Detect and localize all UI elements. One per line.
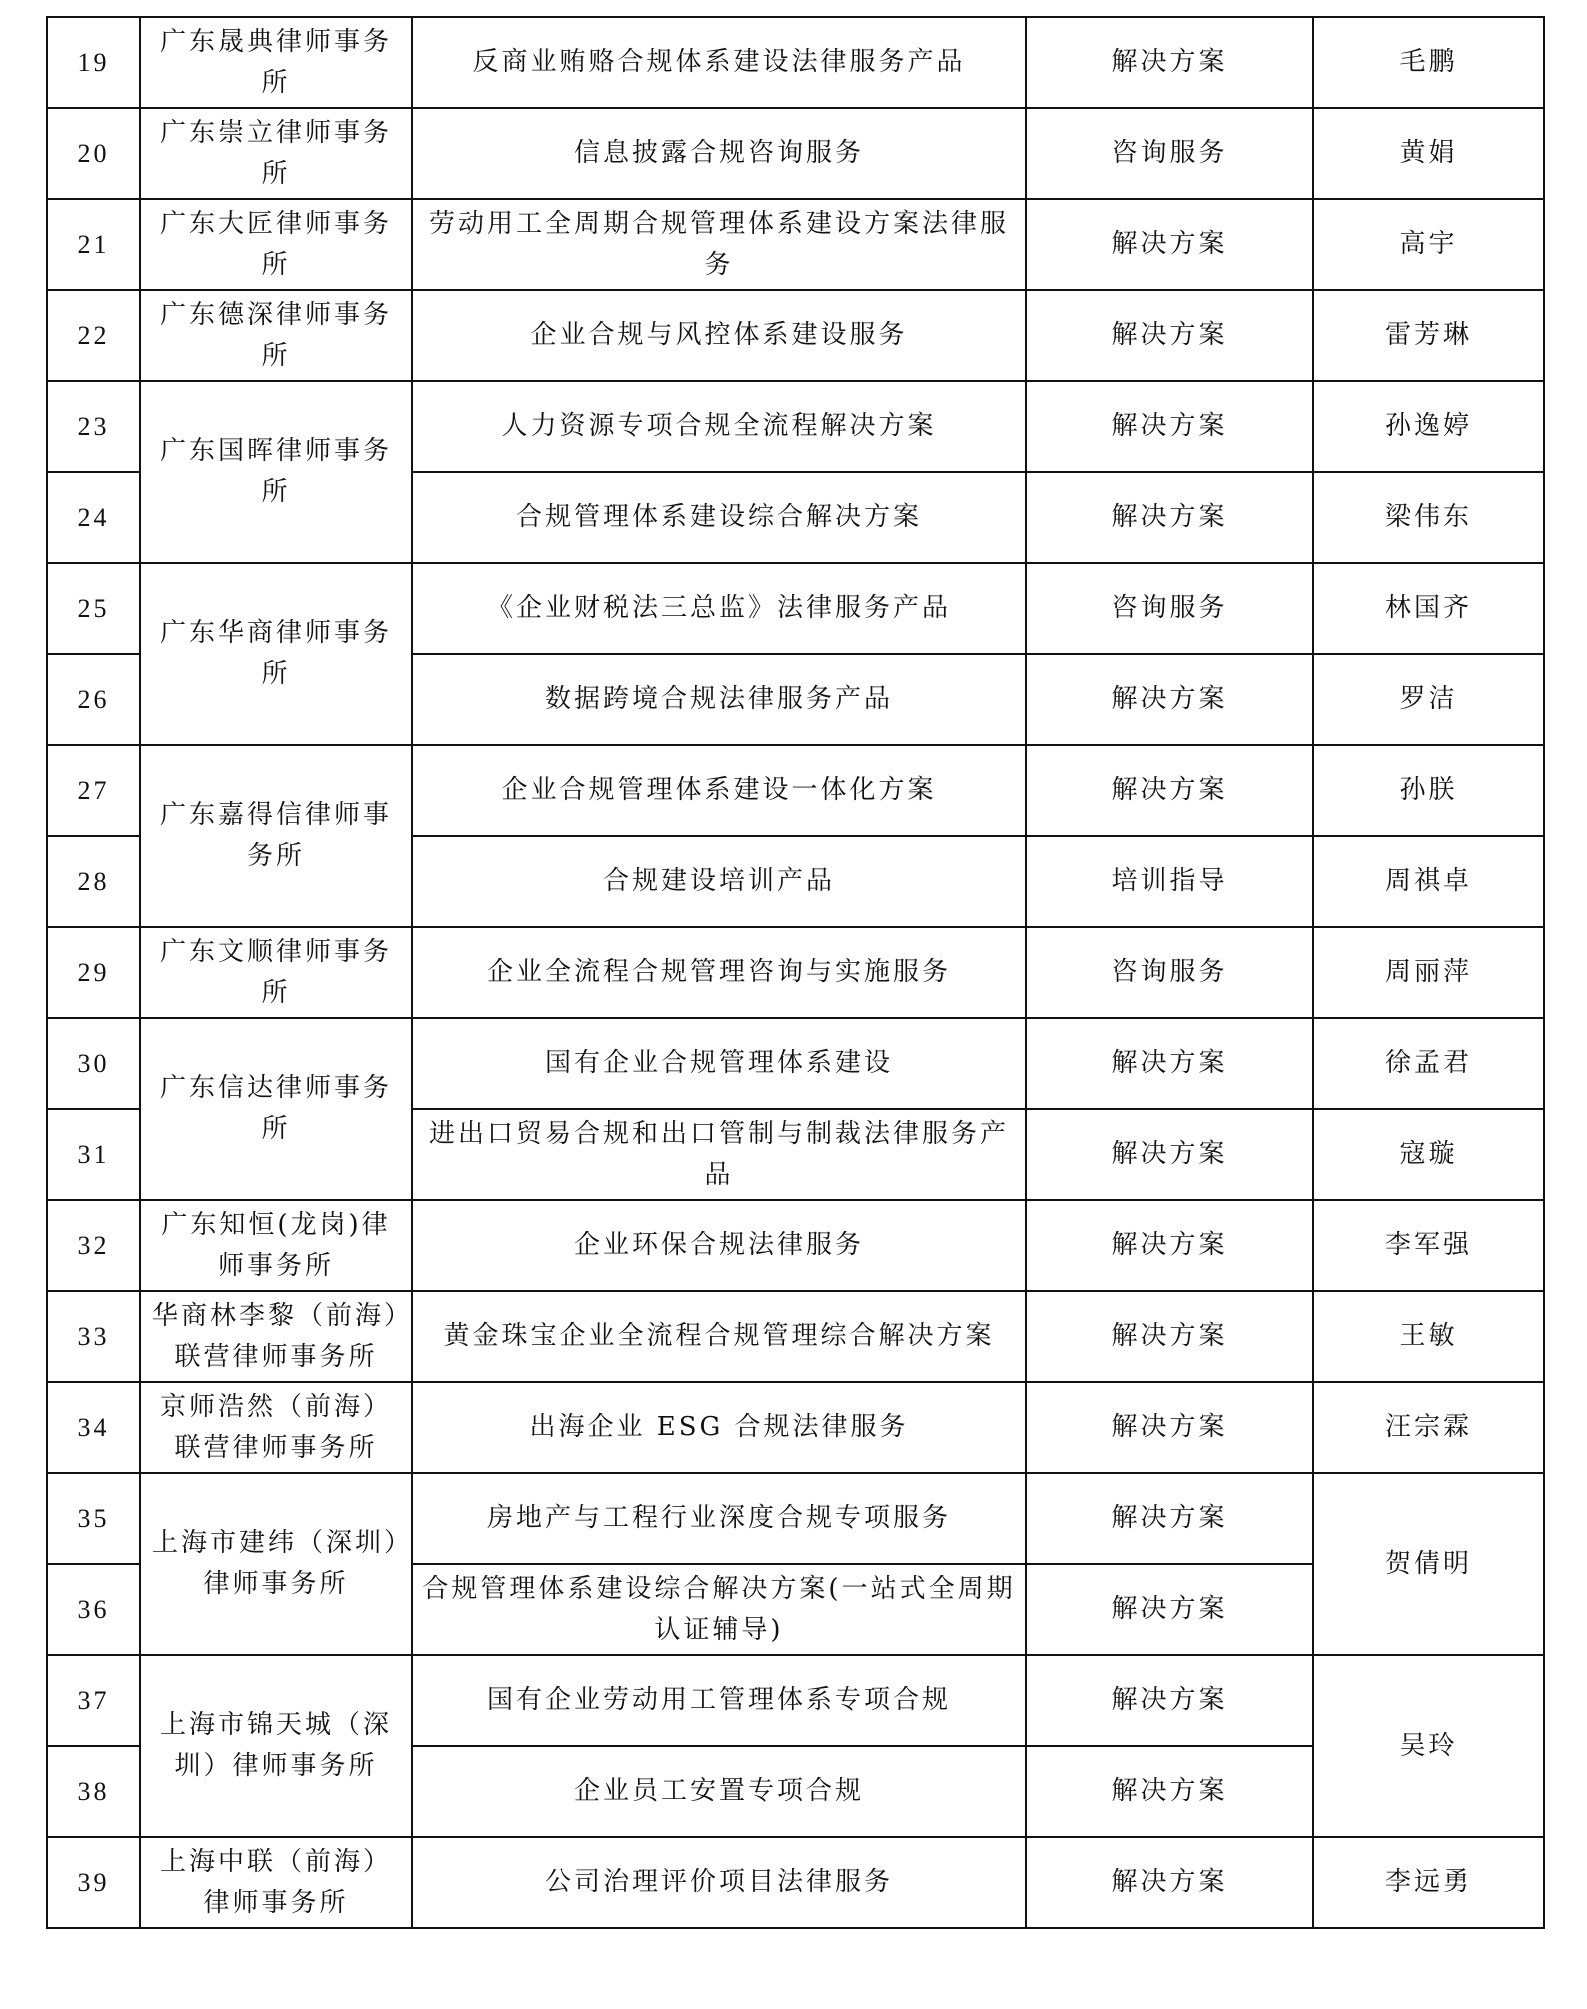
product-type: 解决方案 — [1026, 17, 1313, 108]
table-row: 32 广东知恒(龙岗)律师事务所 企业环保合规法律服务 解决方案 李军强 — [47, 1200, 1544, 1291]
contact-person: 林国齐 — [1313, 563, 1544, 654]
row-number: 39 — [47, 1837, 140, 1928]
contact-person: 贺倩明 — [1313, 1473, 1544, 1655]
firm-name: 广东晟典律师事务所 — [140, 17, 412, 108]
table-row: 21 广东大匠律师事务所 劳动用工全周期合规管理体系建设方案法律服务 解决方案 … — [47, 199, 1544, 290]
product-type: 解决方案 — [1026, 1564, 1313, 1655]
contact-person: 李军强 — [1313, 1200, 1544, 1291]
product-type: 解决方案 — [1026, 1473, 1313, 1564]
row-number: 29 — [47, 927, 140, 1018]
product-type: 解决方案 — [1026, 1655, 1313, 1746]
table-row: 35 上海市建纬（深圳）律师事务所 房地产与工程行业深度合规专项服务 解决方案 … — [47, 1473, 1544, 1564]
product-type: 解决方案 — [1026, 654, 1313, 745]
row-number: 32 — [47, 1200, 140, 1291]
product-type: 解决方案 — [1026, 1382, 1313, 1473]
product-type: 解决方案 — [1026, 1837, 1313, 1928]
product-type: 解决方案 — [1026, 290, 1313, 381]
firm-name: 上海市建纬（深圳）律师事务所 — [140, 1473, 412, 1655]
contact-person: 徐孟君 — [1313, 1018, 1544, 1109]
contact-person: 汪宗霖 — [1313, 1382, 1544, 1473]
product-name: 数据跨境合规法律服务产品 — [412, 654, 1026, 745]
product-name: 黄金珠宝企业全流程合规管理综合解决方案 — [412, 1291, 1026, 1382]
product-name: 企业全流程合规管理咨询与实施服务 — [412, 927, 1026, 1018]
row-number: 25 — [47, 563, 140, 654]
contact-person: 黄娟 — [1313, 108, 1544, 199]
contact-person: 寇璇 — [1313, 1109, 1544, 1200]
contact-person: 李远勇 — [1313, 1837, 1544, 1928]
firm-name: 广东德深律师事务所 — [140, 290, 412, 381]
contact-person: 王敏 — [1313, 1291, 1544, 1382]
firm-name: 广东嘉得信律师事务所 — [140, 745, 412, 927]
contact-person: 周祺卓 — [1313, 836, 1544, 927]
firm-name: 华商林李黎（前海）联营律师事务所 — [140, 1291, 412, 1382]
product-type: 解决方案 — [1026, 1018, 1313, 1109]
product-name: 房地产与工程行业深度合规专项服务 — [412, 1473, 1026, 1564]
contact-person: 孙朕 — [1313, 745, 1544, 836]
table-row: 39 上海中联（前海）律师事务所 公司治理评价项目法律服务 解决方案 李远勇 — [47, 1837, 1544, 1928]
row-number: 31 — [47, 1109, 140, 1200]
product-name: 合规管理体系建设综合解决方案(一站式全周期认证辅导) — [412, 1564, 1026, 1655]
contact-person: 梁伟东 — [1313, 472, 1544, 563]
table-row: 27 广东嘉得信律师事务所 企业合规管理体系建设一体化方案 解决方案 孙朕 — [47, 745, 1544, 836]
product-name: 劳动用工全周期合规管理体系建设方案法律服务 — [412, 199, 1026, 290]
product-name: 国有企业劳动用工管理体系专项合规 — [412, 1655, 1026, 1746]
contact-person: 周丽萍 — [1313, 927, 1544, 1018]
product-name: 企业合规管理体系建设一体化方案 — [412, 745, 1026, 836]
row-number: 21 — [47, 199, 140, 290]
row-number: 37 — [47, 1655, 140, 1746]
product-type: 咨询服务 — [1026, 108, 1313, 199]
row-number: 24 — [47, 472, 140, 563]
product-name: 企业环保合规法律服务 — [412, 1200, 1026, 1291]
row-number: 23 — [47, 381, 140, 472]
contact-person: 吴玲 — [1313, 1655, 1544, 1837]
row-number: 28 — [47, 836, 140, 927]
contact-person: 雷芳琳 — [1313, 290, 1544, 381]
row-number: 36 — [47, 1564, 140, 1655]
table-row: 29 广东文顺律师事务所 企业全流程合规管理咨询与实施服务 咨询服务 周丽萍 — [47, 927, 1544, 1018]
table-row: 37 上海市锦天城（深圳）律师事务所 国有企业劳动用工管理体系专项合规 解决方案… — [47, 1655, 1544, 1746]
product-type: 解决方案 — [1026, 381, 1313, 472]
product-name: 进出口贸易合规和出口管制与制裁法律服务产品 — [412, 1109, 1026, 1200]
contact-person: 高宇 — [1313, 199, 1544, 290]
product-name: 《企业财税法三总监》法律服务产品 — [412, 563, 1026, 654]
table-row: 33 华商林李黎（前海）联营律师事务所 黄金珠宝企业全流程合规管理综合解决方案 … — [47, 1291, 1544, 1382]
row-number: 27 — [47, 745, 140, 836]
product-name: 出海企业 ESG 合规法律服务 — [412, 1382, 1026, 1473]
firm-name: 广东知恒(龙岗)律师事务所 — [140, 1200, 412, 1291]
firm-name: 上海市锦天城（深圳）律师事务所 — [140, 1655, 412, 1837]
product-type: 解决方案 — [1026, 1109, 1313, 1200]
row-number: 20 — [47, 108, 140, 199]
product-name: 合规建设培训产品 — [412, 836, 1026, 927]
product-name: 企业员工安置专项合规 — [412, 1746, 1026, 1837]
product-type: 咨询服务 — [1026, 927, 1313, 1018]
row-number: 35 — [47, 1473, 140, 1564]
contact-person: 孙逸婷 — [1313, 381, 1544, 472]
row-number: 38 — [47, 1746, 140, 1837]
firm-name: 广东崇立律师事务所 — [140, 108, 412, 199]
product-name: 信息披露合规咨询服务 — [412, 108, 1026, 199]
product-name: 合规管理体系建设综合解决方案 — [412, 472, 1026, 563]
table-row: 23 广东国晖律师事务所 人力资源专项合规全流程解决方案 解决方案 孙逸婷 — [47, 381, 1544, 472]
product-type: 解决方案 — [1026, 1200, 1313, 1291]
row-number: 22 — [47, 290, 140, 381]
table-row: 20 广东崇立律师事务所 信息披露合规咨询服务 咨询服务 黄娟 — [47, 108, 1544, 199]
table-row: 25 广东华商律师事务所 《企业财税法三总监》法律服务产品 咨询服务 林国齐 — [47, 563, 1544, 654]
law-firm-products-table: 19 广东晟典律师事务所 反商业贿赂合规体系建设法律服务产品 解决方案 毛鹏 2… — [46, 16, 1545, 1929]
contact-person: 罗洁 — [1313, 654, 1544, 745]
table-row: 22 广东德深律师事务所 企业合规与风控体系建设服务 解决方案 雷芳琳 — [47, 290, 1544, 381]
product-type: 解决方案 — [1026, 745, 1313, 836]
row-number: 33 — [47, 1291, 140, 1382]
product-type: 解决方案 — [1026, 1291, 1313, 1382]
row-number: 19 — [47, 17, 140, 108]
product-name: 反商业贿赂合规体系建设法律服务产品 — [412, 17, 1026, 108]
firm-name: 广东大匠律师事务所 — [140, 199, 412, 290]
product-name: 人力资源专项合规全流程解决方案 — [412, 381, 1026, 472]
row-number: 30 — [47, 1018, 140, 1109]
product-type: 解决方案 — [1026, 1746, 1313, 1837]
firm-name: 广东文顺律师事务所 — [140, 927, 412, 1018]
table-row: 19 广东晟典律师事务所 反商业贿赂合规体系建设法律服务产品 解决方案 毛鹏 — [47, 17, 1544, 108]
firm-name: 京师浩然（前海）联营律师事务所 — [140, 1382, 412, 1473]
firm-name: 广东信达律师事务所 — [140, 1018, 412, 1200]
firm-name: 上海中联（前海）律师事务所 — [140, 1837, 412, 1928]
product-name: 国有企业合规管理体系建设 — [412, 1018, 1026, 1109]
table-row: 34 京师浩然（前海）联营律师事务所 出海企业 ESG 合规法律服务 解决方案 … — [47, 1382, 1544, 1473]
product-name: 企业合规与风控体系建设服务 — [412, 290, 1026, 381]
row-number: 26 — [47, 654, 140, 745]
product-name: 公司治理评价项目法律服务 — [412, 1837, 1026, 1928]
product-type: 解决方案 — [1026, 199, 1313, 290]
product-type: 咨询服务 — [1026, 563, 1313, 654]
product-type: 解决方案 — [1026, 472, 1313, 563]
row-number: 34 — [47, 1382, 140, 1473]
product-type: 培训指导 — [1026, 836, 1313, 927]
table-row: 30 广东信达律师事务所 国有企业合规管理体系建设 解决方案 徐孟君 — [47, 1018, 1544, 1109]
firm-name: 广东国晖律师事务所 — [140, 381, 412, 563]
contact-person: 毛鹏 — [1313, 17, 1544, 108]
firm-name: 广东华商律师事务所 — [140, 563, 412, 745]
